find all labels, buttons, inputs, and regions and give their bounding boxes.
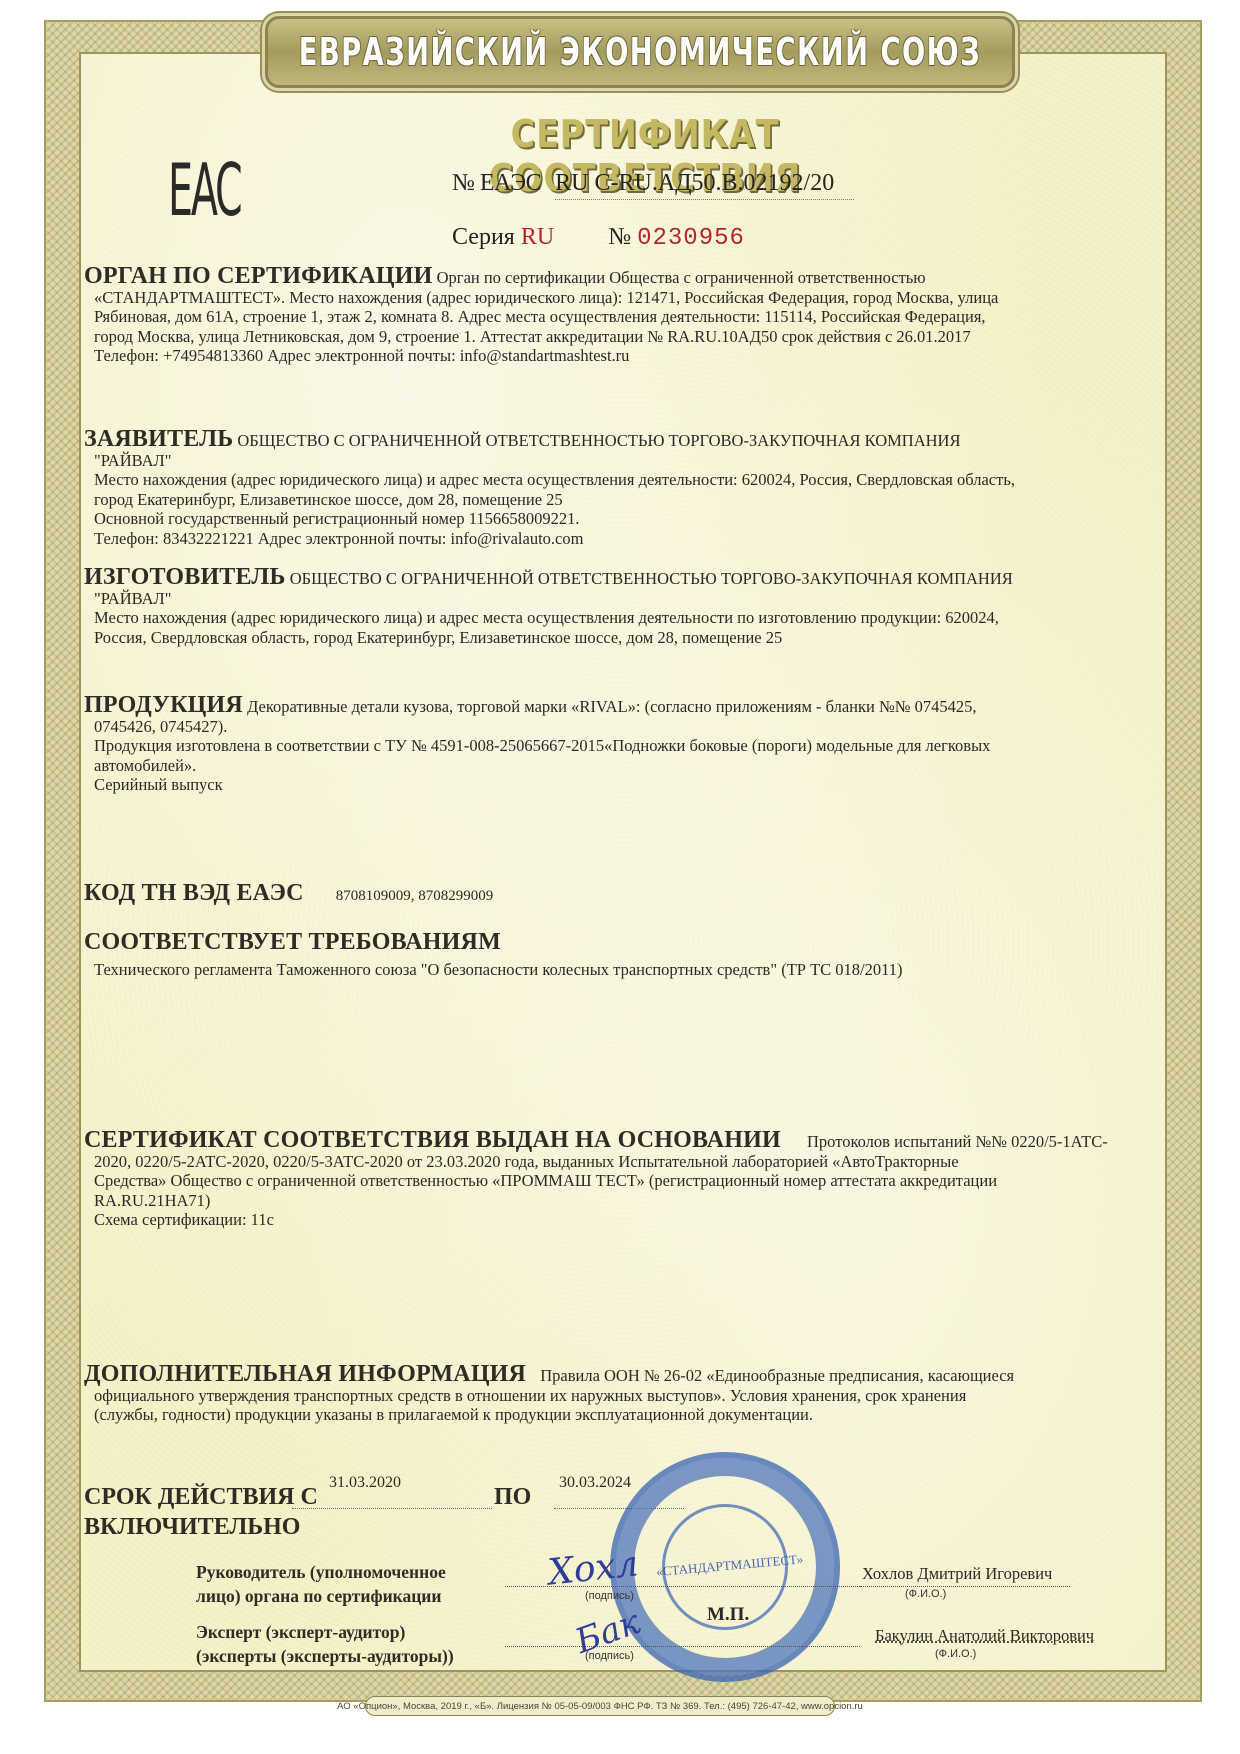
section-text: ОБЩЕСТВО С ОГРАНИЧЕННОЙ ОТВЕТСТВЕННОСТЬЮ…	[290, 569, 1013, 588]
registration-label: № ЕАЭС	[452, 170, 541, 196]
section-product: ПРОДУКЦИЯ Декоративные детали кузова, то…	[84, 696, 1164, 795]
section-text: Протоколов испытаний №№ 0220/5-1АТС-	[807, 1132, 1108, 1151]
section-line: 0745426, 0745427).	[94, 717, 1164, 737]
validity-to-date: 30.03.2024	[559, 1474, 631, 1492]
section-line: "РАЙВАЛ"	[94, 451, 1164, 471]
section-conformity: СООТВЕТСТВУЕТ ТРЕБОВАНИЯМ Технического р…	[84, 933, 1164, 979]
section-hs-code: КОД ТН ВЭД ЕАЭС 8708109009, 8708299009	[84, 884, 1164, 907]
registration-number: № ЕАЭС RU C-RU.АД50.В.02192/20	[452, 170, 854, 200]
expert-name-caption: (Ф.И.О.)	[935, 1648, 976, 1660]
expert-signature-line	[505, 1646, 860, 1647]
series-value: RU	[521, 224, 554, 250]
printer-imprint: АО «Опцион», Москва, 2019 г., «Б». Лицен…	[365, 1696, 835, 1716]
section-line: Серийный выпуск	[94, 775, 1164, 795]
section-line: RA.RU.21НА71)	[94, 1191, 1164, 1211]
validity-to-label: ПО	[494, 1484, 531, 1511]
validity-from-line	[292, 1508, 492, 1509]
section-manufacturer: ИЗГОТОВИТЕЛЬ ОБЩЕСТВО С ОГРАНИЧЕННОЙ ОТВ…	[84, 568, 1164, 647]
expert-signatory-name: Бакулин Анатолий Викторович	[875, 1626, 1094, 1646]
union-banner-text: ЕВРАЗИЙСКИЙ ЭКОНОМИЧЕСКИЙ СОЮЗ	[299, 30, 981, 74]
section-line: Место нахождения (адрес юридического лиц…	[94, 608, 1164, 628]
section-heading: ИЗГОТОВИТЕЛЬ	[84, 564, 286, 590]
section-line: Телефон: +74954813360 Адрес электронной …	[94, 346, 1164, 366]
section-line: Технического регламента Таможенного союз…	[94, 960, 1164, 980]
section-applicant: ЗАЯВИТЕЛЬ ОБЩЕСТВО С ОГРАНИЧЕННОЙ ОТВЕТС…	[84, 430, 1164, 548]
blank-number-label: №	[608, 224, 631, 250]
hs-code-value: 8708109009, 8708299009	[336, 887, 494, 907]
section-heading: СООТВЕТСТВУЕТ ТРЕБОВАНИЯМ	[84, 929, 501, 955]
section-heading: СЕРТИФИКАТ СООТВЕТСТВИЯ ВЫДАН НА ОСНОВАН…	[84, 1127, 781, 1153]
section-line: официального утверждения транспортных ср…	[94, 1386, 1164, 1406]
head-name-caption: (Ф.И.О.)	[905, 1588, 946, 1600]
section-line: "РАЙВАЛ"	[94, 589, 1164, 609]
section-text: ОБЩЕСТВО С ОГРАНИЧЕННОЙ ОТВЕТСТВЕННОСТЬЮ…	[237, 431, 960, 450]
section-text: Орган по сертификации Общества с огранич…	[437, 268, 926, 287]
head-signatory-name: Хохлов Дмитрий Игоревич	[862, 1564, 1052, 1584]
section-line: Схема сертификации: 11с	[94, 1210, 1164, 1230]
validity-inclusive-label: ВКЛЮЧИТЕЛЬНО	[84, 1514, 300, 1541]
section-heading: ЗАЯВИТЕЛЬ	[84, 426, 233, 452]
section-line: город Москва, улица Летниковская, дом 9,…	[94, 327, 1164, 347]
section-heading: ОРГАН ПО СЕРТИФИКАЦИИ	[84, 263, 433, 289]
section-heading: ПРОДУКЦИЯ	[84, 692, 243, 718]
section-heading: КОД ТН ВЭД ЕАЭС	[84, 880, 304, 906]
validity-period: СРОК ДЕЙСТВИЯ С 31.03.2020 ПО 30.03.2024…	[84, 1484, 318, 1511]
head-signature-caption: (подпись)	[585, 1590, 634, 1602]
section-text: Декоративные детали кузова, торговой мар…	[247, 697, 976, 716]
stamp-seal-icon: «СТАНДАРТМАШТЕСТ»	[610, 1452, 840, 1682]
series-label: Серия	[452, 224, 515, 250]
series-number: Серия RU № 0230956	[452, 224, 745, 252]
section-line: «СТАНДАРТМАШТЕСТ». Место нахождения (адр…	[94, 288, 1164, 308]
section-line: Россия, Свердловская область, город Екат…	[94, 628, 1164, 648]
section-line: город Екатеринбург, Елизаветинское шоссе…	[94, 490, 1164, 510]
section-issue-basis: СЕРТИФИКАТ СООТВЕТСТВИЯ ВЫДАН НА ОСНОВАН…	[84, 1131, 1164, 1230]
head-name-line	[860, 1586, 1070, 1587]
section-line: Рябиновая, дом 61А, строение 1, этаж 2, …	[94, 307, 1164, 327]
expert-role-line-1: Эксперт (эксперт-аудитор)	[196, 1620, 454, 1644]
expert-signatory-role: Эксперт (эксперт-аудитор) (эксперты (экс…	[196, 1620, 454, 1668]
head-role-line-2: лицо) органа по сертификации	[196, 1584, 446, 1608]
union-banner: ЕВРАЗИЙСКИЙ ЭКОНОМИЧЕСКИЙ СОЮЗ	[265, 16, 1015, 88]
registration-value: RU C-RU.АД50.В.02192/20	[555, 170, 854, 200]
section-line: автомобилей».	[94, 756, 1164, 776]
blank-number: 0230956	[637, 225, 745, 252]
validity-from-date: 31.03.2020	[329, 1474, 401, 1492]
section-line: (службы, годности) продукции указаны в п…	[94, 1405, 1164, 1425]
section-line: Место нахождения (адрес юридического лиц…	[94, 470, 1164, 490]
validity-from-label: СРОК ДЕЙСТВИЯ С	[84, 1484, 318, 1510]
section-line: Основной государственный регистрационный…	[94, 509, 1164, 529]
section-heading: ДОПОЛНИТЕЛЬНАЯ ИНФОРМАЦИЯ	[84, 1361, 526, 1387]
head-signatory-role: Руководитель (уполномоченное лицо) орган…	[196, 1560, 446, 1608]
section-certification-body: ОРГАН ПО СЕРТИФИКАЦИИ Орган по сертифика…	[84, 267, 1164, 366]
section-line: Средства» Общество с ограниченной ответс…	[94, 1171, 1164, 1191]
eac-mark-icon: EAC	[168, 150, 212, 230]
section-line: Продукция изготовлена в соответствии с Т…	[94, 736, 1164, 756]
expert-role-line-2: (эксперты (эксперты-аудиторы))	[196, 1644, 454, 1668]
section-line: 2020, 0220/5-2АТС-2020, 0220/5-3АТС-2020…	[94, 1152, 1164, 1172]
stamp-place-label: М.П.	[707, 1604, 749, 1626]
expert-signature-caption: (подпись)	[585, 1650, 634, 1662]
section-additional-info: ДОПОЛНИТЕЛЬНАЯ ИНФОРМАЦИЯ Правила ООН № …	[84, 1365, 1164, 1425]
section-line: Телефон: 83432221221 Адрес электронной п…	[94, 529, 1164, 549]
head-role-line-1: Руководитель (уполномоченное	[196, 1560, 446, 1584]
section-text: Правила ООН № 26-02 «Единообразные предп…	[540, 1366, 1014, 1385]
